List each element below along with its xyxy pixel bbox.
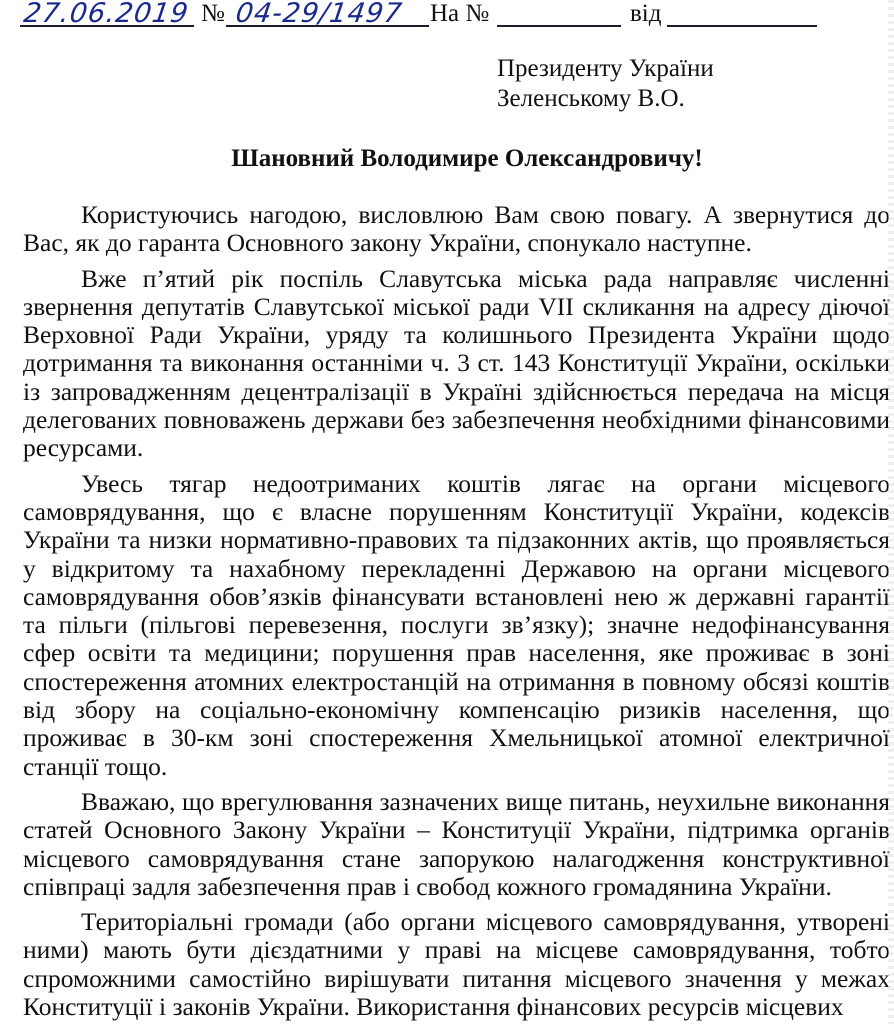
- addressee-name: Зеленському В.О.: [497, 84, 714, 114]
- paragraph: Вже п’ятий рік поспіль Славутська міська…: [23, 265, 890, 463]
- reply-number-underline: [497, 25, 621, 27]
- from-date-underline: [667, 25, 817, 27]
- paragraph: Територіальні громади (або органи місцев…: [23, 908, 890, 1021]
- reply-label: На №: [430, 0, 489, 28]
- paragraph: Увесь тягар недоотриманих коштів лягає н…: [23, 470, 890, 781]
- addressee-block: Президенту України Зеленському В.О.: [497, 54, 714, 114]
- salutation: Шановний Володимире Олександровичу!: [0, 145, 894, 173]
- addressee-title: Президенту України: [497, 54, 714, 84]
- paragraph: Вважаю, що врегулювання зазначених вище …: [23, 788, 890, 901]
- paragraph: Користуючись нагодою, висловлюю Вам свою…: [23, 201, 890, 258]
- scan-edge-artifact: [888, 0, 894, 1024]
- letter-body: Користуючись нагодою, висловлюю Вам свою…: [23, 201, 890, 1024]
- document-header: 27.06.2019 № 04-29/1497 На № від: [0, 0, 894, 34]
- from-label: від: [630, 0, 661, 28]
- outgoing-date: 27.06.2019: [22, 0, 191, 29]
- number-label: №: [201, 0, 225, 28]
- outgoing-number: 04-29/1497: [234, 0, 405, 29]
